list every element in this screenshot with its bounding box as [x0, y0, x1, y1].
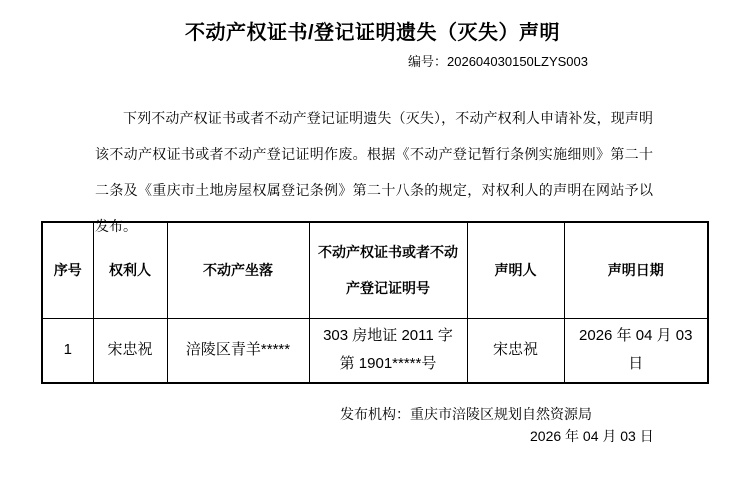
header-cert-no: 不动产权证书或者不动产登记证明号	[309, 222, 467, 318]
header-date: 声明日期	[564, 222, 708, 318]
publisher-line: 发布机构：重庆市涪陵区规划自然资源局	[340, 404, 592, 424]
document-page: 不动产权证书/登记证明遗失（灭失）声明 编号：202604030150LZYS0…	[0, 0, 745, 478]
header-location: 不动产坐落	[167, 222, 309, 318]
cell-seq: 1	[42, 318, 93, 383]
cell-date: 2026 年 04 月 03 日	[564, 318, 708, 383]
cell-declarant: 宋忠祝	[467, 318, 564, 383]
header-declarant: 声明人	[467, 222, 564, 318]
document-number-label: 编号：	[408, 54, 447, 69]
header-seq: 序号	[42, 222, 93, 318]
document-number: 编号：202604030150LZYS003	[408, 53, 588, 71]
cell-holder: 宋忠祝	[93, 318, 167, 383]
cell-location: 涪陵区青羊*****	[167, 318, 309, 383]
declaration-table: 序号 权利人 不动产坐落 不动产权证书或者不动产登记证明号 声明人 声明日期 1…	[41, 221, 709, 384]
table-header-row: 序号 权利人 不动产坐落 不动产权证书或者不动产登记证明号 声明人 声明日期	[42, 222, 708, 318]
publish-date-line: 2026 年 04 月 03 日	[530, 426, 654, 446]
document-number-value: 202604030150LZYS003	[447, 54, 588, 69]
header-holder: 权利人	[93, 222, 167, 318]
table-row: 1 宋忠祝 涪陵区青羊***** 303 房地证 2011 字第 1901***…	[42, 318, 708, 383]
cell-cert-no: 303 房地证 2011 字第 1901*****号	[309, 318, 467, 383]
document-title: 不动产权证书/登记证明遗失（灭失）声明	[0, 19, 745, 47]
